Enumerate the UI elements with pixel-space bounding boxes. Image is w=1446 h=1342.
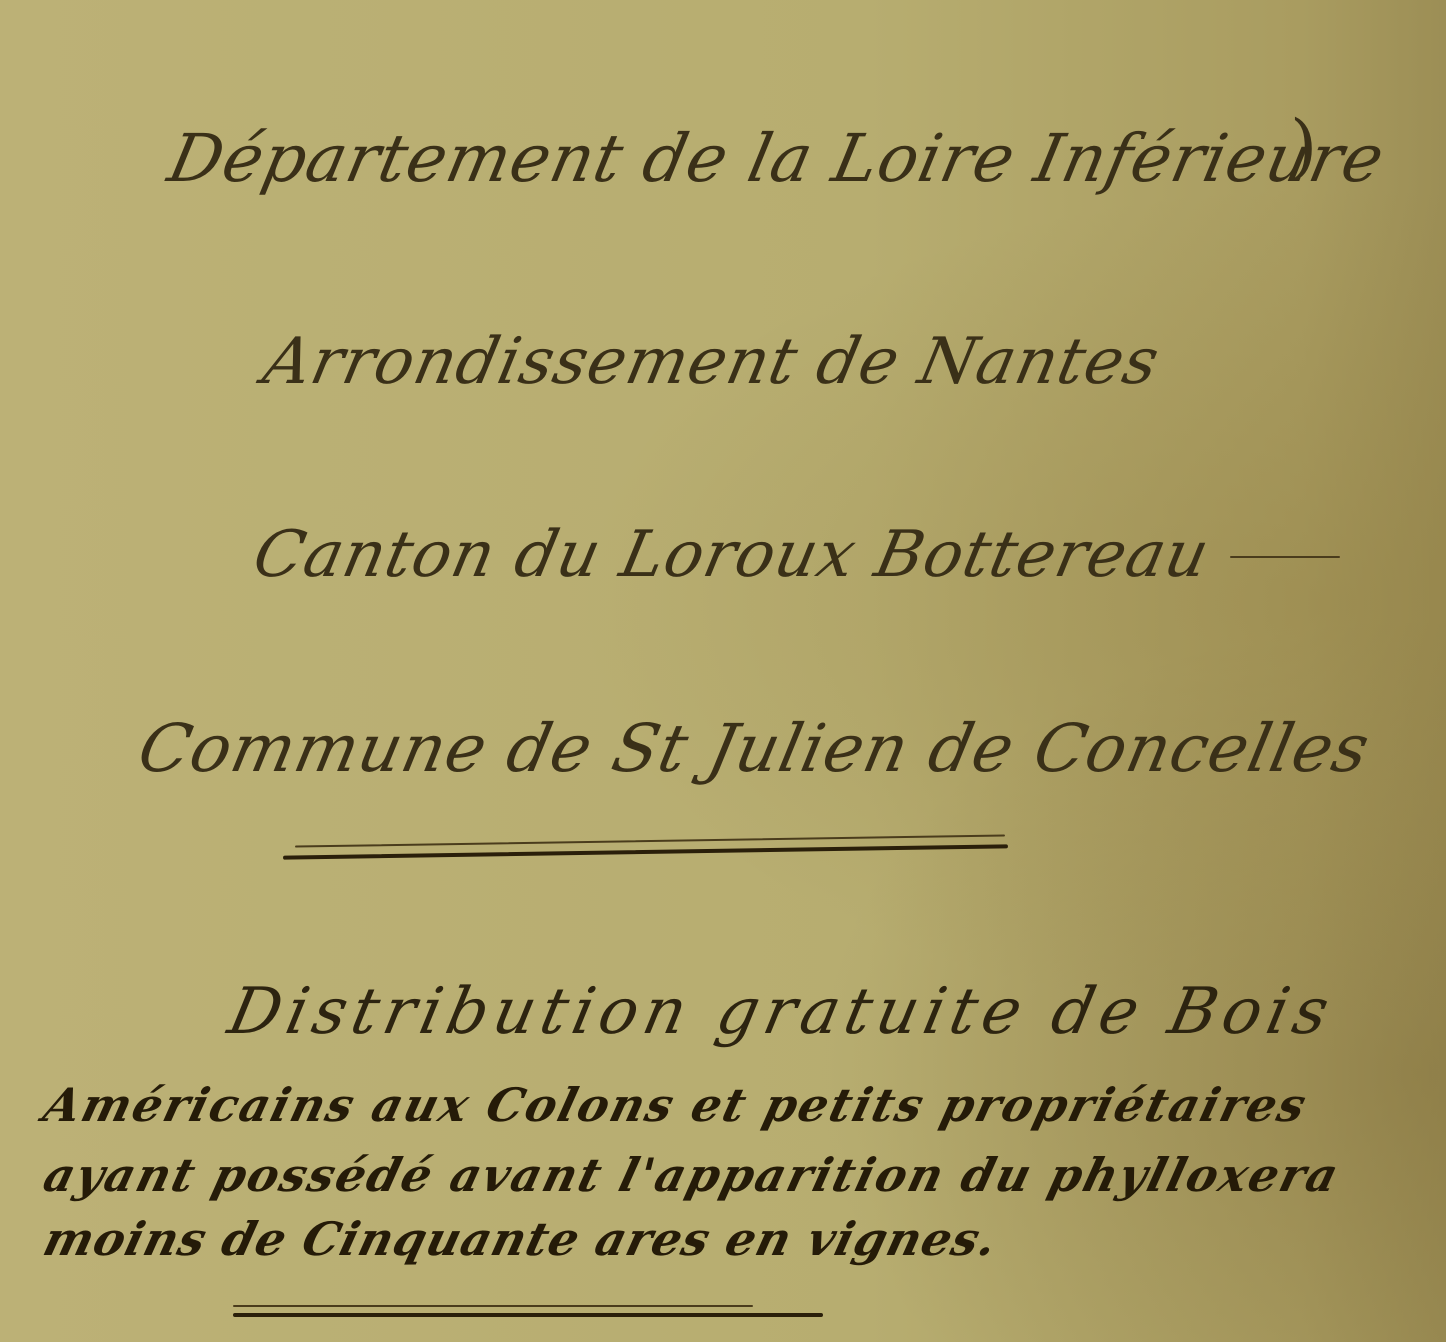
title-line-4: moins de Cinquante ares en vignes. bbox=[38, 1212, 1003, 1266]
title-underline-upper bbox=[233, 1305, 753, 1307]
title-line-3: ayant possédé avant l'apparition du phyl… bbox=[38, 1148, 1345, 1202]
commune-underline-lower bbox=[283, 844, 1008, 859]
canton-line: Canton du Loroux Bottereau bbox=[247, 518, 1216, 592]
title-underline-lower bbox=[233, 1313, 823, 1317]
closing-bracket: ) bbox=[1290, 105, 1317, 187]
title-line-1: Distribution gratuite de Bois bbox=[222, 975, 1341, 1049]
arrondissement-line: Arrondissement de Nantes bbox=[257, 325, 1166, 399]
canton-flourish bbox=[1230, 556, 1340, 558]
title-line-2: Américains aux Colons et petits propriét… bbox=[38, 1078, 1313, 1132]
commune-line: Commune de St Julien de Concelles bbox=[132, 710, 1377, 787]
document-page: Département de la Loire Inférieure ) Arr… bbox=[0, 0, 1446, 1342]
departement-line: Département de la Loire Inférieure bbox=[162, 120, 1392, 197]
